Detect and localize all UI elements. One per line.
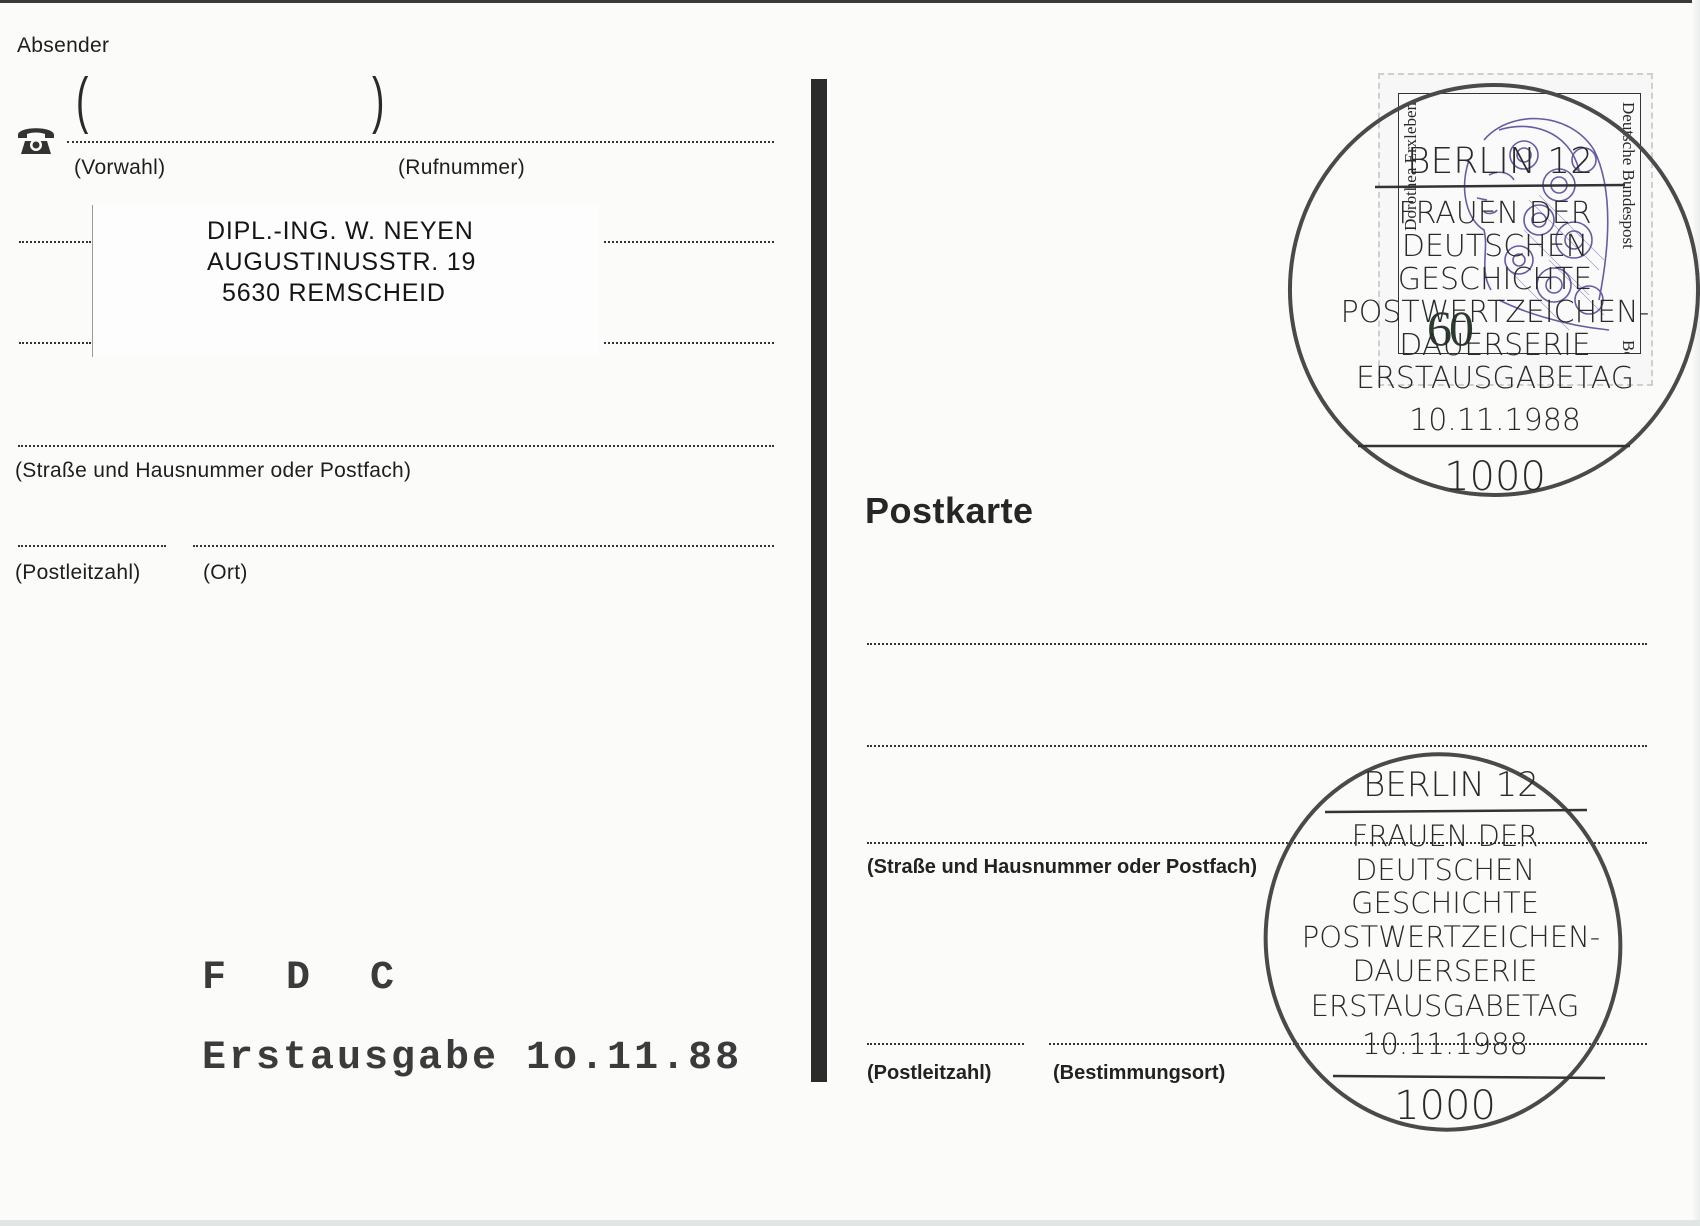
sender-heading: Absender bbox=[17, 34, 109, 58]
recipient-name-line-2[interactable] bbox=[867, 745, 1647, 747]
postmark-2-city: BERLIN 12 bbox=[1363, 765, 1539, 805]
name-line-right bbox=[604, 241, 774, 243]
rufnummer-label: (Rufnummer) bbox=[398, 156, 525, 180]
name-line-left bbox=[19, 241, 91, 243]
postmark-text-line: DAUERSERIE bbox=[1352, 954, 1537, 988]
postmark-text-line: FRAUEN DER bbox=[1352, 819, 1539, 853]
stamp-frame: Dorothea Erxleben Deutsche Bundespost Be… bbox=[1398, 93, 1641, 354]
phone-number-line[interactable] bbox=[67, 141, 774, 143]
postmark-1-postcode: 1000 bbox=[1444, 454, 1546, 500]
sender-street-label: (Straße und Hausnummer oder Postfach) bbox=[15, 459, 411, 483]
recipient-destination-line[interactable] bbox=[1049, 1043, 1647, 1045]
card-divider bbox=[811, 79, 827, 1082]
sender-plz-line[interactable] bbox=[18, 545, 166, 547]
postmark-2-postcode: 1000 bbox=[1394, 1083, 1496, 1129]
recipient-street-line[interactable] bbox=[867, 842, 1647, 844]
stamp-value: 60 bbox=[1427, 299, 1471, 354]
postmark-1-date: 10.11.1988 bbox=[1409, 403, 1581, 438]
first-day-annotation: Erstausgabe 1o.11.88 bbox=[202, 1036, 742, 1081]
sender-ort-label: (Ort) bbox=[203, 561, 248, 585]
recipient-plz-label: (Postleitzahl) bbox=[867, 1062, 991, 1085]
area-code-paren-open: ( bbox=[76, 70, 88, 132]
card-bottom-edge bbox=[0, 1220, 1700, 1226]
stamp-portrait-name: Dorothea Erxleben bbox=[1401, 102, 1421, 231]
stamp-issuer-name: Deutsche Bundespost bbox=[1618, 102, 1638, 249]
address-line-street: AUGUSTINUSSTR. 19 bbox=[207, 248, 476, 277]
recipient-destination-label: (Bestimmungsort) bbox=[1053, 1062, 1225, 1085]
stamp-issuer-suffix: Berlin bbox=[1618, 340, 1638, 355]
postmark-text-line: DEUTSCHEN bbox=[1355, 853, 1535, 887]
address-line-city: 5630 REMSCHEID bbox=[222, 279, 446, 308]
card-type-title: Postkarte bbox=[865, 490, 1034, 532]
stamp-issuer: Deutsche Bundespost Berlin bbox=[1618, 102, 1638, 354]
sender-address-label: DIPL.-ING. W. NEYEN AUGUSTINUSSTR. 19 56… bbox=[92, 205, 599, 357]
sender-street-line[interactable] bbox=[18, 445, 774, 447]
postmark-text-line: POSTWERTZEICHEN- bbox=[1302, 920, 1600, 954]
sender-ort-line[interactable] bbox=[193, 545, 774, 547]
postage-stamp: Dorothea Erxleben Deutsche Bundespost Be… bbox=[1378, 73, 1653, 386]
card-right-edge bbox=[1692, 0, 1700, 1226]
sender-plz-label: (Postleitzahl) bbox=[15, 561, 141, 585]
telephone-icon bbox=[16, 124, 56, 156]
name-line-2-left bbox=[19, 342, 91, 344]
card-top-edge bbox=[0, 0, 1700, 3]
area-code-paren-close: ) bbox=[372, 70, 384, 132]
vorwahl-label: (Vorwahl) bbox=[74, 156, 165, 180]
postmark-text-line: ERSTAUSGABETAG bbox=[1311, 989, 1580, 1023]
address-line-name: DIPL.-ING. W. NEYEN bbox=[207, 217, 474, 246]
postmark-text-line: GESCHICHTE bbox=[1351, 886, 1539, 920]
fdc-annotation: F D C bbox=[202, 956, 412, 1001]
recipient-street-label: (Straße und Hausnummer oder Postfach) bbox=[867, 856, 1257, 879]
recipient-name-line[interactable] bbox=[867, 643, 1647, 645]
postmark-card-cancel: BERLIN 12 FRAUEN DER DEUTSCHEN GESCHICHT… bbox=[1255, 740, 1645, 1150]
recipient-plz-line[interactable] bbox=[867, 1043, 1024, 1045]
name-line-2-right bbox=[604, 342, 774, 344]
